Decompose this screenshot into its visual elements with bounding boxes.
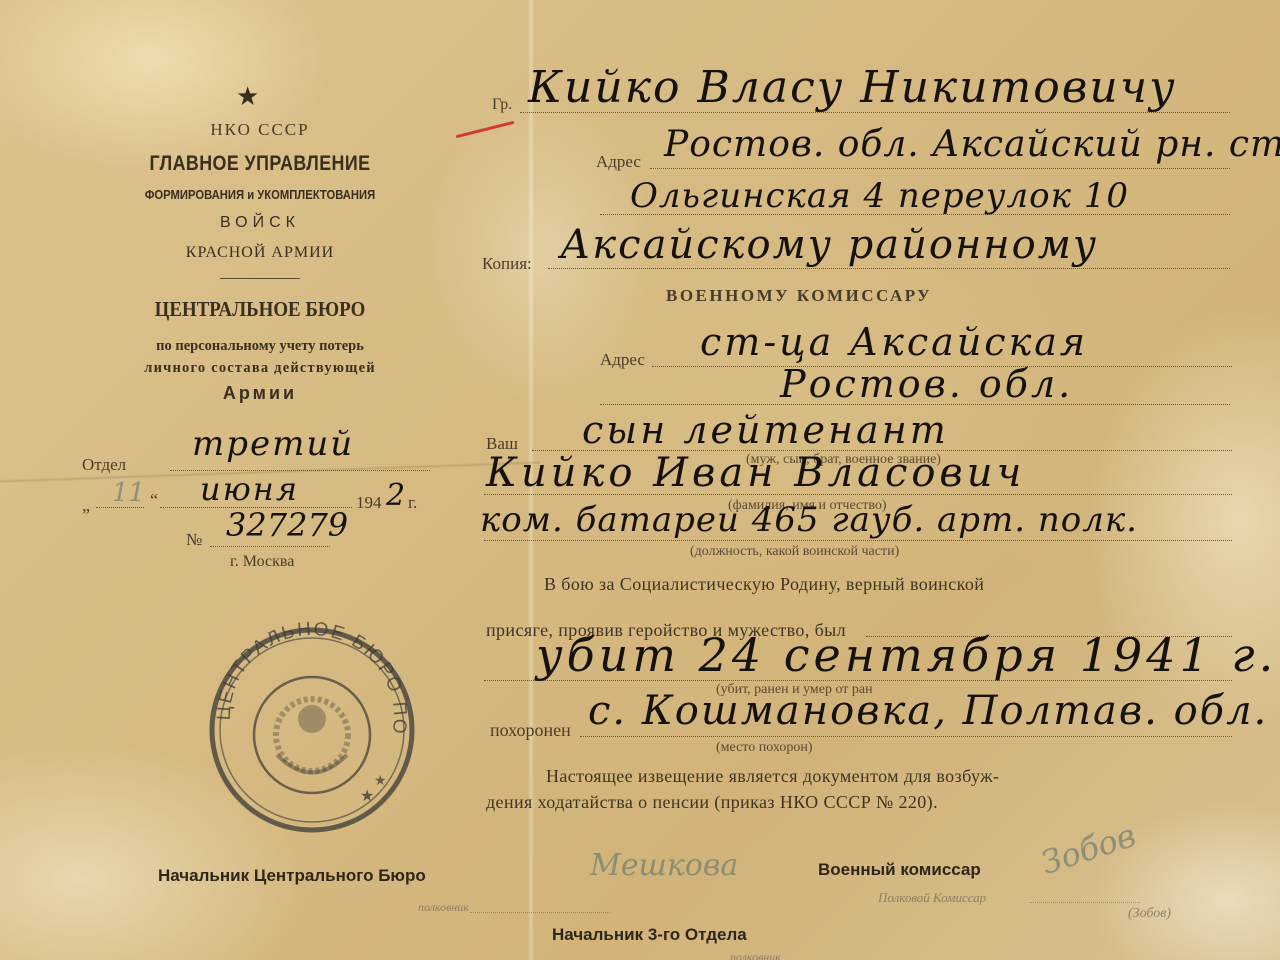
copy-dotted-line [548,268,1230,269]
recipient-name: Кийко Власу Никитовичу [528,62,1177,113]
soldier-name: Кийко Иван Власович [486,450,1025,496]
soldier-position: ком. батареи 465 гауб. арт. полк. [480,500,1138,540]
troops-label: ВОЙСК [100,214,420,232]
commissar-sign-line [1030,902,1140,903]
bureau-chief-sign-line [470,912,610,913]
buried-value: с. Кошмановка, Полтав. обл. [588,688,1268,734]
recipient-address-line-2: Ольгинская 4 переулок 10 [630,176,1129,216]
bureau-subtitle-2: личного состава действующей [100,360,420,377]
year-prefix: 194 [356,493,382,513]
commissar-title: Военный комиссар [818,860,981,880]
army-label: КРАСНОЙ АРМИИ [100,244,420,262]
svg-text:★: ★ [374,774,387,789]
copy-address-line-2: Ростов. обл. [780,362,1073,406]
directorate-title: ГЛАВНОЕ УПРАВЛЕНИЕ [124,152,396,176]
svg-text:★: ★ [360,788,374,805]
date-month-value: июня [200,470,299,508]
notice-line-2: дения ходатайства о пенсии (приказ НКО С… [486,792,938,813]
dept-label: Отдел [82,455,126,475]
fate-value: убит 24 сентября 1941 г. [536,628,1277,682]
number-dotted-line [210,546,330,547]
copy-label: Копия: [482,254,532,274]
bureau-stamp-icon: ЦЕНТРАЛЬНОЕ БЮРО ПО УЧЕТУ ПОТЕРЬ ★ ★ [202,615,422,835]
number-label: № [186,530,202,550]
city: г. Москва [230,553,294,571]
dept-value: третий [192,424,354,464]
position-dotted-line [484,540,1232,541]
position-caption: (должность, какой воинской части) [690,544,899,560]
recipient-address-label: Адрес [596,152,641,172]
date-close-quote: “ [150,490,158,511]
recipient-label: Гр. [492,96,512,114]
number-value: 327279 [226,506,348,544]
date-open-quote: „ [82,495,90,516]
relation-value: сын лейтенант [582,408,949,452]
year-suffix: 2 [386,478,407,513]
commissar-rank: Полковой Комиссар [878,890,986,906]
buried-label: похоронен [490,720,571,741]
day-pencil-value: 11 [112,478,145,508]
bureau-title: ЦЕНТРАЛЬНОЕ БЮРО [116,297,404,322]
recipient-address-line-1: Ростов. обл. Аксайский рн. ст. [664,124,1280,165]
notice-line-1: Настоящее извещение является документом … [546,766,999,787]
copy-value: Аксайскому районному [560,222,1098,268]
recipient-address-dotted-line-1 [650,168,1230,169]
copy-address-label: Адрес [600,350,645,370]
bureau-subtitle-1: по персональному учету потерь [100,338,420,355]
body-paragraph-line-1: В бою за Социалистическую Родину, верный… [544,574,984,595]
header-divider [220,278,300,279]
buried-caption: (место похорон) [716,740,813,756]
commissar-name: (Зобов) [1128,906,1171,922]
commissar-printed: ВОЕННОМУ КОМИССАРУ [666,286,932,306]
bureau-chief-rank: полковник [418,900,469,915]
star-icon: ★ [236,82,259,112]
org-name: НКО СССР [100,120,420,140]
bureau-subtitle-3: Армии [100,383,420,404]
copy-address-line-1: ст-ца Аксайская [700,320,1088,364]
bureau-chief-signature: Мешкова [590,848,738,883]
buried-dotted-line [580,736,1232,737]
dept3-chief-title: Начальник 3-го Отдела [552,925,747,945]
dept3-chief-rank: полковник [730,950,781,960]
bureau-chief-title: Начальник Центрального Бюро [158,866,426,886]
directorate-subtitle: ФОРМИРОВАНИЯ и УКОМПЛЕКТОВАНИЯ [116,188,404,202]
year-unit: г. [408,493,417,513]
